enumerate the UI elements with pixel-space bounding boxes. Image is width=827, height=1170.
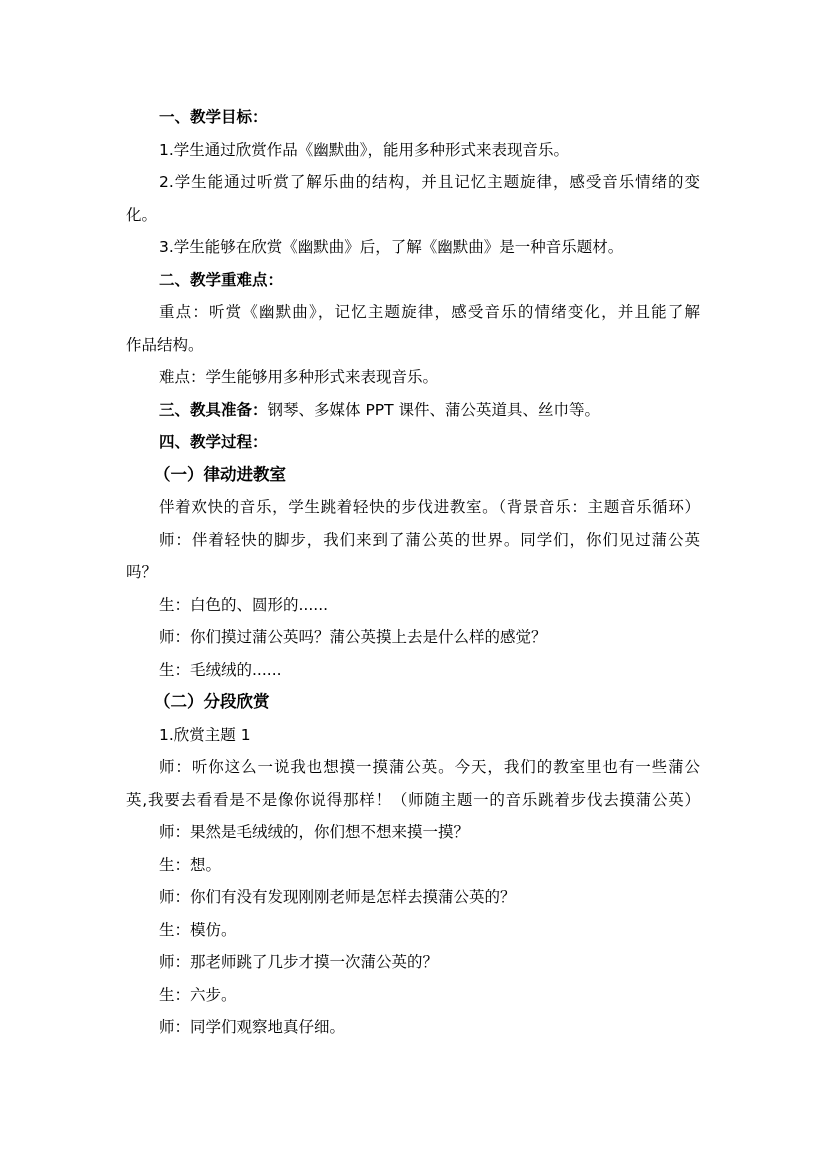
difficult-point: 难点：学生能够用多种形式来表现音乐。 — [126, 361, 700, 394]
document-page: 一、教学目标： 1.学生通过欣赏作品《幽默曲》，能用多种形式来表现音乐。 2.学… — [126, 101, 700, 1044]
appreciation-para-9: 师：同学们观察地真仔细。 — [126, 1011, 700, 1044]
process-para-5: 生：毛绒绒的...... — [126, 654, 700, 687]
subsection-heading-rhythm-entry: （一）律动进教室 — [126, 459, 700, 492]
key-point-line-2: 作品结构。 — [126, 329, 700, 362]
process-para-2-line-2: 吗？ — [126, 556, 700, 589]
objective-3: 3.学生能够在欣赏《幽默曲》后，了解《幽默曲》是一种音乐题材。 — [126, 231, 700, 264]
appreciation-para-8: 生：六步。 — [126, 979, 700, 1012]
process-para-4: 师：你们摸过蒲公英吗？蒲公英摸上去是什么样的感觉？ — [126, 621, 700, 654]
process-para-2-line-1: 师：伴着轻快的脚步，我们来到了蒲公英的世界。同学们，你们见过蒲公英 — [126, 524, 700, 557]
process-para-1: 伴着欢快的音乐，学生跳着轻快的步伐进教室。（背景音乐：主题音乐循环） — [126, 491, 700, 524]
subsection-heading-segment-appreciation: （二）分段欣赏 — [126, 686, 700, 719]
appreciation-para-4: 生：想。 — [126, 849, 700, 882]
appreciation-para-2-line-1: 师：听你这么一说我也想摸一摸蒲公英。今天，我们的教室里也有一些蒲公 — [126, 751, 700, 784]
objective-2-line-1: 2.学生能通过听赏了解乐曲的结构，并且记忆主题旋律，感受音乐情绪的变 — [126, 166, 700, 199]
process-para-3: 生：白色的、圆形的...... — [126, 589, 700, 622]
section-heading-teaching-aids: 三、教具准备： — [159, 401, 268, 419]
teaching-aids-line: 三、教具准备：钢琴、多媒体 PPT 课件、蒲公英道具、丝巾等。 — [126, 394, 700, 427]
appreciation-para-5: 师：你们有没有发现刚刚老师是怎样去摸蒲公英的？ — [126, 881, 700, 914]
teaching-aids-text: 钢琴、多媒体 PPT 课件、蒲公英道具、丝巾等。 — [268, 401, 601, 419]
objective-2-line-2: 化。 — [126, 199, 700, 232]
appreciation-para-7: 师：那老师跳了几步才摸一次蒲公英的？ — [126, 946, 700, 979]
section-heading-teaching-process: 四、教学过程： — [126, 426, 700, 459]
appreciation-para-3: 师：果然是毛绒绒的，你们想不想来摸一摸？ — [126, 816, 700, 849]
objective-1: 1.学生通过欣赏作品《幽默曲》，能用多种形式来表现音乐。 — [126, 134, 700, 167]
section-heading-key-points: 二、教学重难点： — [126, 264, 700, 297]
appreciation-para-6: 生：模仿。 — [126, 914, 700, 947]
section-heading-teaching-objectives: 一、教学目标： — [126, 101, 700, 134]
appreciation-para-2-line-2: 英,我要去看看是不是像你说得那样！（师随主题一的音乐跳着步伐去摸蒲公英） — [126, 784, 700, 817]
key-point-line-1: 重点：听赏《幽默曲》，记忆主题旋律，感受音乐的情绪变化，并且能了解 — [126, 296, 700, 329]
appreciation-para-1: 1.欣赏主题 1 — [126, 719, 700, 752]
